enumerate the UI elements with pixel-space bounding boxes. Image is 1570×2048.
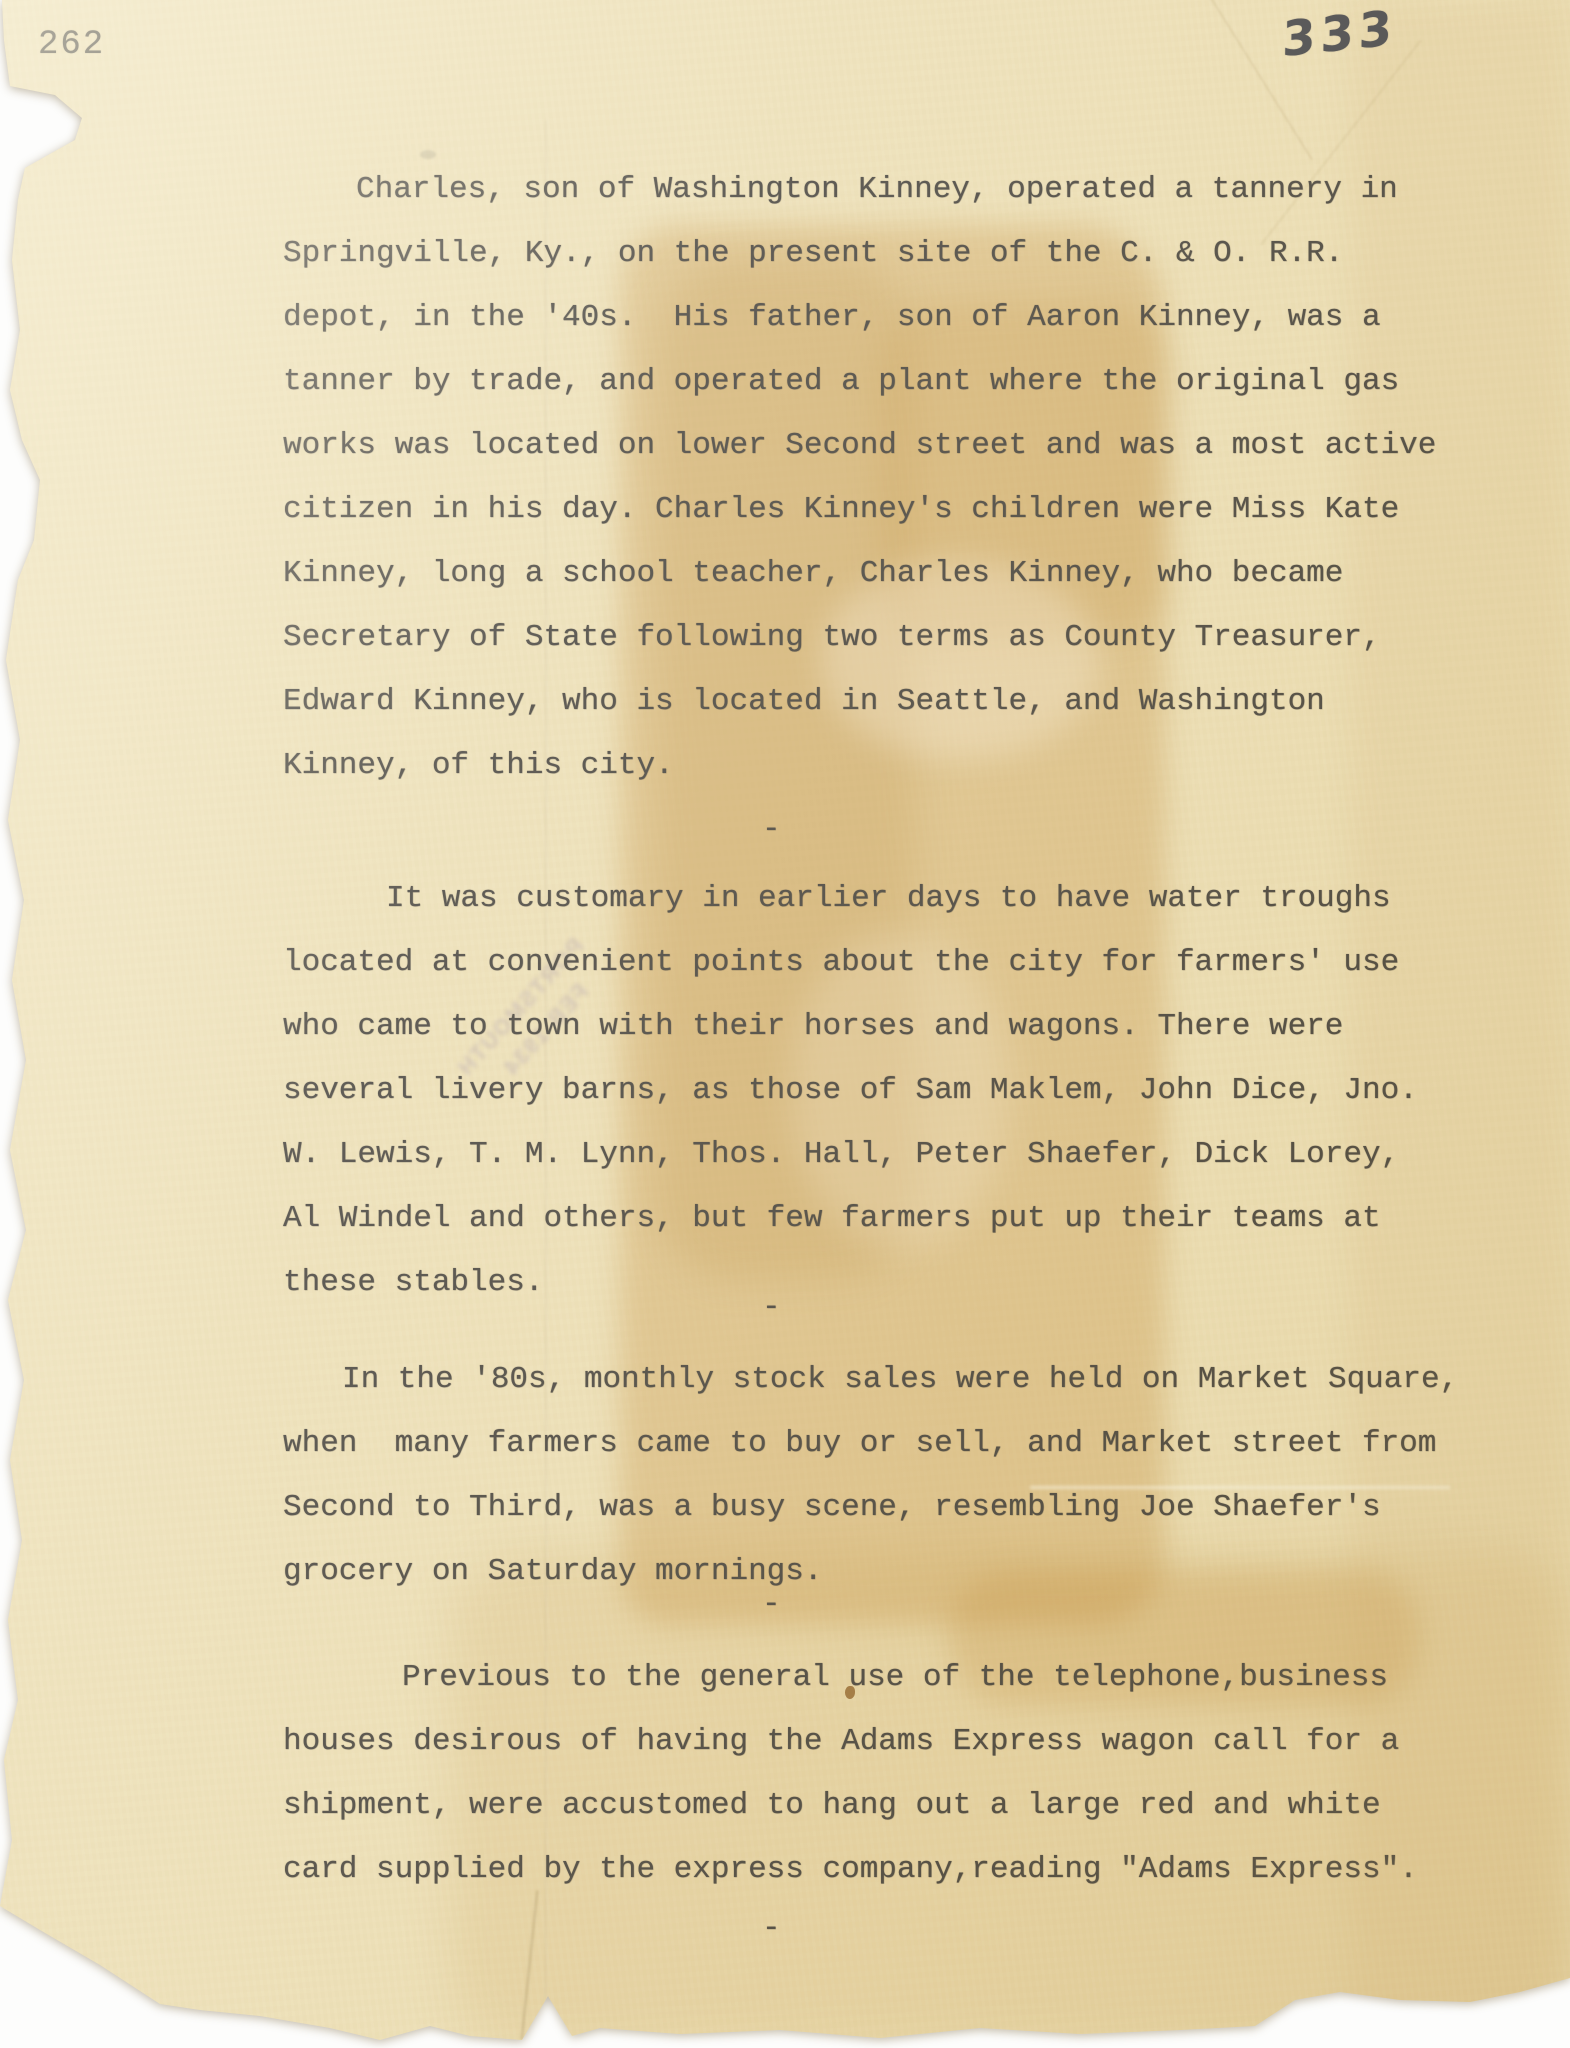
- typed-line: Secretary of State following two terms a…: [283, 606, 1543, 670]
- paragraph: In the '80s, monthly stock sales were he…: [283, 1348, 1543, 1604]
- typed-line: Edward Kinney, who is located in Seattle…: [283, 670, 1543, 734]
- paragraph-separator-dash: -: [762, 818, 802, 842]
- paragraph: Previous to the general use of the telep…: [283, 1646, 1543, 1902]
- typewritten-text-block: Charles, son of Washington Kinney, opera…: [0, 0, 1570, 2048]
- stain-blob-lower-right: [950, 1570, 1420, 1705]
- typed-line: houses desirous of having the Adams Expr…: [283, 1710, 1543, 1774]
- crease-top-right: [1260, 39, 1422, 245]
- typed-line: card supplied by the express company,rea…: [283, 1838, 1543, 1902]
- typed-line: It was customary in earlier days to have…: [283, 867, 1543, 931]
- typed-line: shipment, were accustomed to hang out a …: [283, 1774, 1543, 1838]
- typed-line: Previous to the general use of the telep…: [283, 1646, 1543, 1710]
- paragraph-separator-dash: -: [762, 1917, 802, 1941]
- water-stain-main: [620, 225, 1165, 1625]
- water-stain-upper-right: [880, 300, 1170, 640]
- typed-line: these stables.: [283, 1251, 1543, 1315]
- stamp-line: FEB 1934: [463, 941, 629, 1120]
- typed-line: citizen in his day. Charles Kinney's chi…: [283, 478, 1543, 542]
- water-stain-core: [655, 260, 915, 1280]
- paragraph: Charles, son of Washington Kinney, opera…: [283, 158, 1543, 798]
- paper-shadow-wrap: PORTSMOUTH FEB 1934 262 333 Charles, son…: [0, 0, 1570, 2048]
- typed-line: depot, in the '40s. His father, son of A…: [283, 286, 1543, 350]
- aged-paper-sheet: PORTSMOUTH FEB 1934 262 333 Charles, son…: [0, 0, 1570, 2048]
- typed-line: grocery on Saturday mornings.: [283, 1540, 1543, 1604]
- stain-light-spot: [790, 930, 1010, 1250]
- scratch-mark: [1030, 1486, 1450, 1489]
- stamp-bleedthrough: PORTSMOUTH FEB 1934: [437, 918, 628, 1120]
- typed-line: when many farmers came to buy or sell, a…: [283, 1412, 1543, 1476]
- typed-line: Springville, Ky., on the present site of…: [283, 222, 1543, 286]
- typed-line: several livery barns, as those of Sam Ma…: [283, 1059, 1543, 1123]
- typed-line: Kinney, of this city.: [283, 734, 1543, 798]
- paragraph-separator-dash: -: [762, 1593, 802, 1617]
- typed-line: who came to town with their horses and w…: [283, 995, 1543, 1059]
- paragraph-separator-dash: -: [762, 1296, 802, 1320]
- stain-light-spot: [820, 560, 1100, 760]
- crease-top-right: [1205, 0, 1313, 160]
- typed-line: Kinney, long a school teacher, Charles K…: [283, 542, 1543, 606]
- gray-smudge: [420, 150, 436, 159]
- scanned-document-page: PORTSMOUTH FEB 1934 262 333 Charles, son…: [0, 0, 1570, 2048]
- typed-line: Al Windel and others, but few farmers pu…: [283, 1187, 1543, 1251]
- typed-line: Second to Third, was a busy scene, resem…: [283, 1476, 1543, 1540]
- typed-line: works was located on lower Second street…: [283, 414, 1543, 478]
- typed-line: tanner by trade, and operated a plant wh…: [283, 350, 1543, 414]
- brown-speck: [845, 1686, 855, 1699]
- paragraph: It was customary in earlier days to have…: [283, 867, 1543, 1315]
- typed-line: W. Lewis, T. M. Lynn, Thos. Hall, Peter …: [283, 1123, 1543, 1187]
- fold-crease-vertical: [545, 120, 548, 2000]
- crease-bottom-fold: [520, 1890, 539, 2039]
- handwritten-page-number: 333: [1282, 0, 1398, 68]
- stain-right-edge: [1350, 0, 1570, 2048]
- stamp-line: PORTSMOUTH: [437, 918, 603, 1097]
- typed-page-number: 262: [38, 26, 105, 64]
- typed-line: Charles, son of Washington Kinney, opera…: [283, 158, 1543, 222]
- typed-line: In the '80s, monthly stock sales were he…: [283, 1348, 1543, 1412]
- stain-bottom-wash: [450, 1550, 1570, 2048]
- typed-line: located at convenient points about the c…: [283, 931, 1543, 995]
